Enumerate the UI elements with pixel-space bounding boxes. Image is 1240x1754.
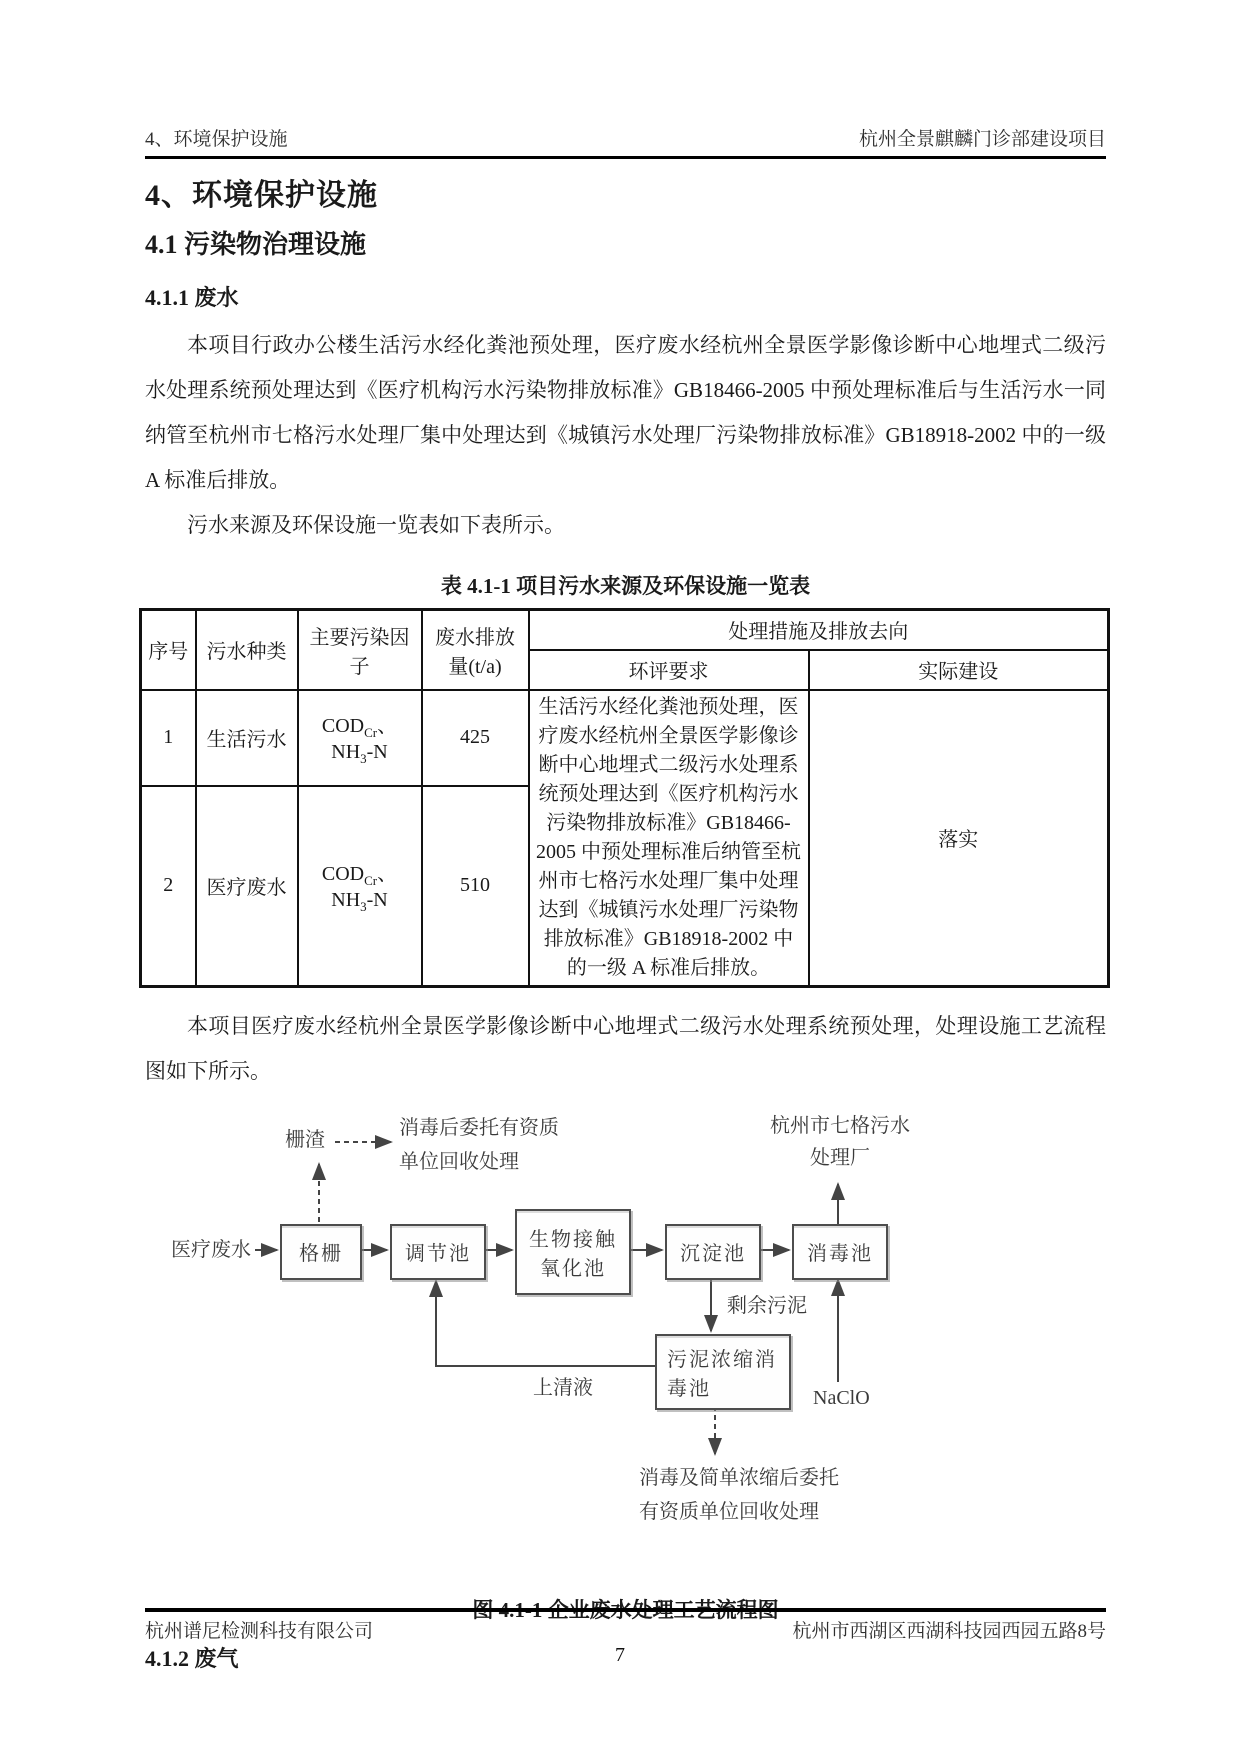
cell-amount: 510	[422, 786, 529, 986]
screen-box: 格栅	[280, 1224, 362, 1280]
footer-address: 杭州市西湖区西湖科技园西园五路8号	[792, 1616, 1106, 1643]
section-heading: 4.1 污染物治理设施	[145, 228, 1106, 261]
col-header-measure: 处理措施及排放去向	[529, 610, 1109, 650]
cell-eia-requirement: 生活污水经化粪池预处理，医疗废水经杭州全景医学影像诊断中心地埋式二级污水处理系统…	[529, 690, 809, 987]
table-row: 1 生活污水 CODCr、NH3-N 425 生活污水经化粪池预处理，医疗废水经…	[141, 690, 1109, 786]
subsection-heading-wastewater: 4.1.1 废水	[145, 283, 1106, 313]
residue-disposal-note-line1: 消毒后委托有资质	[399, 1116, 559, 1140]
wastewater-process-flow-diagram: 栅渣 消毒后委托有资质 单位回收处理 杭州市七格污水 处理厂 医疗废水 格栅 调…	[145, 1114, 1106, 1542]
screen-residue-label: 栅渣	[285, 1128, 325, 1152]
chapter-heading: 4、环境保护设施	[145, 178, 1106, 214]
cell-no: 2	[141, 786, 196, 986]
document-page: 4、环境保护设施 杭州全景麒麟门诊部建设项目 4、环境保护设施 4.1 污染物治…	[0, 0, 1240, 1754]
disinfection-tank-box: 消毒池	[792, 1224, 888, 1280]
col-header-no: 序号	[141, 610, 196, 690]
intro-paragraph: 本项目行政办公楼生活污水经化粪池预处理，医疗废水经杭州全景医学影像诊断中心地埋式…	[145, 323, 1106, 503]
wastewater-table: 序号 污水种类 主要污染因子 废水排放量(t/a) 处理措施及排放去向 环评要求…	[139, 608, 1110, 988]
supernatant-label: 上清液	[533, 1376, 593, 1400]
col-header-eia: 环评要求	[529, 650, 809, 690]
running-footer: 杭州谱尼检测科技有限公司 杭州市西湖区西湖科技园西园五路8号	[145, 1616, 1106, 1643]
naclo-label: NaClO	[813, 1386, 870, 1410]
cell-actual-construction: 落实	[809, 690, 1109, 987]
sludge-thickening-disinfection-box: 污泥浓缩消毒池	[655, 1334, 791, 1410]
regulating-tank-box: 调节池	[390, 1224, 486, 1280]
flow-arrows	[145, 1114, 1106, 1542]
cell-type: 医疗废水	[196, 786, 298, 986]
sludge-disposal-note-line1: 消毒及简单浓缩后委托	[639, 1466, 839, 1490]
page-content: 4、环境保护设施 4.1 污染物治理设施 4.1.1 废水 本项目行政办公楼生活…	[145, 0, 1106, 1674]
source-label: 医疗废水	[171, 1238, 251, 1262]
col-header-type: 污水种类	[196, 610, 298, 690]
residue-disposal-note-line2: 单位回收处理	[399, 1150, 519, 1174]
sludge-disposal-note-line2: 有资质单位回收处理	[639, 1500, 819, 1524]
page-number: 7	[0, 1644, 1240, 1667]
table-intro-paragraph: 污水来源及环保设施一览表如下表所示。	[145, 503, 1106, 548]
destination-wwtp-label: 杭州市七格污水 处理厂	[745, 1114, 935, 1170]
table-header-row-1: 序号 污水种类 主要污染因子 废水排放量(t/a) 处理措施及排放去向	[141, 610, 1109, 650]
bio-contact-oxidation-box: 生物接触氧化池	[515, 1209, 631, 1295]
col-header-pollutant: 主要污染因子	[298, 610, 422, 690]
cell-no: 1	[141, 690, 196, 786]
cell-amount: 425	[422, 690, 529, 786]
footer-rule	[145, 1608, 1106, 1612]
sedimentation-tank-box: 沉淀池	[665, 1224, 761, 1280]
col-header-actual: 实际建设	[809, 650, 1109, 690]
cell-type: 生活污水	[196, 690, 298, 786]
surplus-sludge-label: 剩余污泥	[727, 1294, 807, 1318]
cell-pollutant: CODCr、NH3-N	[298, 786, 422, 986]
footer-company: 杭州谱尼检测科技有限公司	[145, 1616, 373, 1643]
col-header-amount: 废水排放量(t/a)	[422, 610, 529, 690]
cell-pollutant: CODCr、NH3-N	[298, 690, 422, 786]
process-intro-paragraph: 本项目医疗废水经杭州全景医学影像诊断中心地埋式二级污水处理系统预处理，处理设施工…	[145, 1004, 1106, 1094]
table-caption: 表 4.1-1 项目污水来源及环保设施一览表	[145, 570, 1106, 600]
